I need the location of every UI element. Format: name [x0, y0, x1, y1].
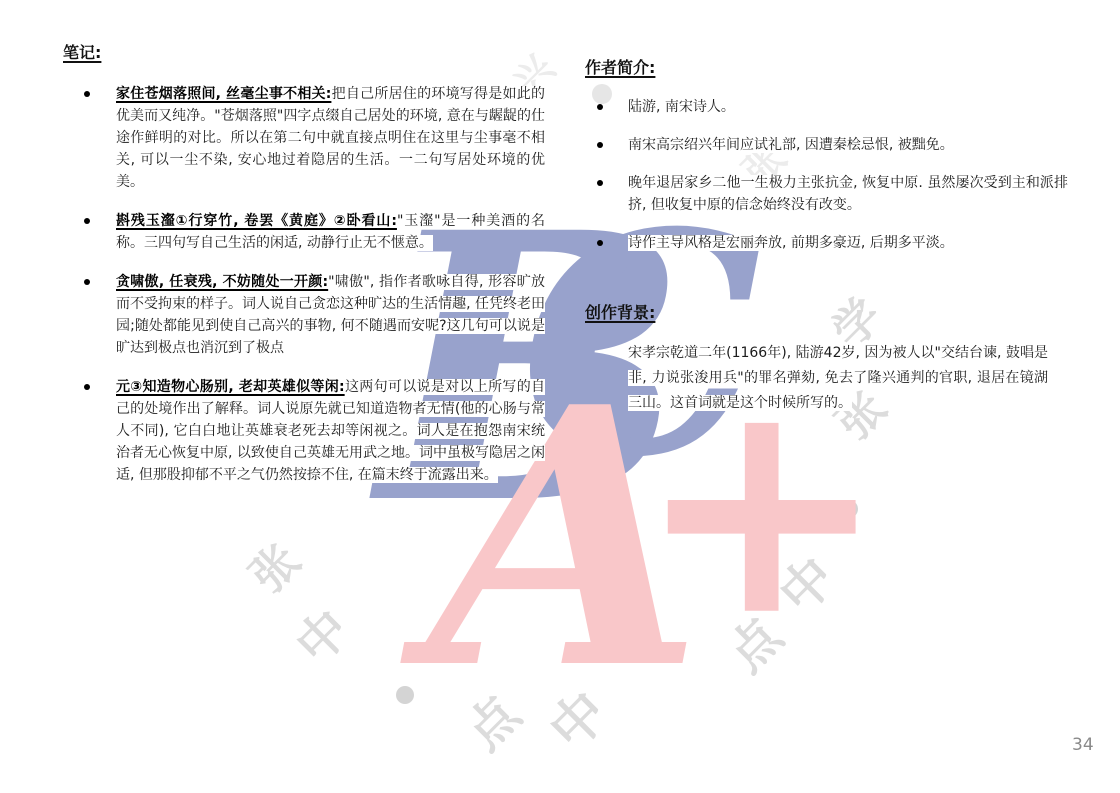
watermark-char-icon: 中	[288, 602, 359, 673]
author-item-text: 诗作主导风格是宏丽奔放, 前期多豪迈, 后期多平淡。	[628, 235, 954, 251]
list-item: 诗作主导风格是宏丽奔放, 前期多豪迈, 后期多平淡。	[585, 232, 1068, 254]
creation-background-section: 创作背景: 宋孝宗乾道二年(1166年), 陆游42岁, 因为被人以"交结台谏,…	[585, 300, 1068, 416]
list-item: 家住苍烟落照间, 丝毫尘事不相关:把自己所居住的环境写得是如此的优美而又纯净。"…	[63, 83, 545, 193]
notes-section: 笔记: 家住苍烟落照间, 丝毫尘事不相关:把自己所居住的环境写得是如此的优美而又…	[63, 40, 545, 503]
watermark-dot-icon	[396, 686, 414, 704]
list-item: 晚年退居家乡二他一生极力主张抗金, 恢复中原. 虽然屡次受到主和派排挤, 但收复…	[585, 172, 1068, 216]
author-item-text: 晚年退居家乡二他一生极力主张抗金, 恢复中原. 虽然屡次受到主和派排挤, 但收复…	[628, 175, 1068, 213]
author-section: 作者简介: 陆游, 南宋诗人。 南宋高宗绍兴年间应试礼部, 因遭秦桧忌恨, 被黜…	[585, 55, 1068, 270]
note-text: 斟残玉瀣①行穿竹, 卷罢《黄庭》②卧看山:"玉瀣"是一种美酒的名称。三四句写自己…	[116, 213, 545, 251]
note-lead: 斟残玉瀣①行穿竹, 卷罢《黄庭》②卧看山:	[116, 213, 397, 229]
author-list: 陆游, 南宋诗人。 南宋高宗绍兴年间应试礼部, 因遭秦桧忌恨, 被黜免。 晚年退…	[585, 96, 1068, 254]
creation-background-heading: 创作背景:	[585, 300, 1068, 323]
list-item: 贪啸傲, 任衰残, 不妨随处一开颜:"啸傲", 指作者歌咏自得, 形容旷放而不受…	[63, 271, 545, 359]
note-text: 贪啸傲, 任衰残, 不妨随处一开颜:"啸傲", 指作者歌咏自得, 形容旷放而不受…	[116, 274, 545, 356]
author-heading: 作者简介:	[585, 55, 1068, 78]
note-text: 家住苍烟落照间, 丝毫尘事不相关:把自己所居住的环境写得是如此的优美而又纯净。"…	[116, 86, 545, 190]
notes-list: 家住苍烟落照间, 丝毫尘事不相关:把自己所居住的环境写得是如此的优美而又纯净。"…	[63, 83, 545, 486]
author-heading-text: 作者简介:	[585, 58, 655, 77]
creation-background-paragraph: 宋孝宗乾道二年(1166年), 陆游42岁, 因为被人以"交结台谏, 鼓唱是非,…	[585, 341, 1048, 416]
note-text: 元③知造物心肠别, 老却英雄似等闲:这两句可以说是对以上所写的自己的处境作出了解…	[116, 379, 545, 483]
watermark-char-icon: 中	[771, 549, 845, 623]
author-item-text: 陆游, 南宋诗人。	[628, 99, 735, 115]
watermark-char-icon: 中	[541, 683, 617, 759]
list-item: 陆游, 南宋诗人。	[585, 96, 1068, 118]
note-lead: 贪啸傲, 任衰残, 不妨随处一开颜:	[116, 274, 328, 290]
notes-heading: 笔记:	[63, 40, 545, 63]
note-lead: 元③知造物心肠别, 老却英雄似等闲:	[116, 379, 345, 395]
list-item: 南宋高宗绍兴年间应试礼部, 因遭秦桧忌恨, 被黜免。	[585, 134, 1068, 156]
watermark-dot-icon	[840, 500, 858, 518]
notes-heading-text: 笔记:	[63, 43, 101, 62]
watermark-char-icon: 点	[458, 688, 529, 759]
list-item: 斟残玉瀣①行穿竹, 卷罢《黄庭》②卧看山:"玉瀣"是一种美酒的名称。三四句写自己…	[63, 210, 545, 254]
creation-background-text: 宋孝宗乾道二年(1166年), 陆游42岁, 因为被人以"交结台谏, 鼓唱是非,…	[628, 345, 1048, 411]
page-number: 34	[1072, 735, 1094, 755]
author-item-text: 南宋高宗绍兴年间应试礼部, 因遭秦桧忌恨, 被黜免。	[628, 137, 954, 153]
watermark-char-icon: 点	[720, 610, 791, 681]
note-lead: 家住苍烟落照间, 丝毫尘事不相关:	[116, 86, 331, 102]
creation-background-heading-text: 创作背景:	[585, 303, 655, 322]
list-item: 元③知造物心肠别, 老却英雄似等闲:这两句可以说是对以上所写的自己的处境作出了解…	[63, 376, 545, 486]
watermark-char-icon: 张	[242, 535, 307, 600]
